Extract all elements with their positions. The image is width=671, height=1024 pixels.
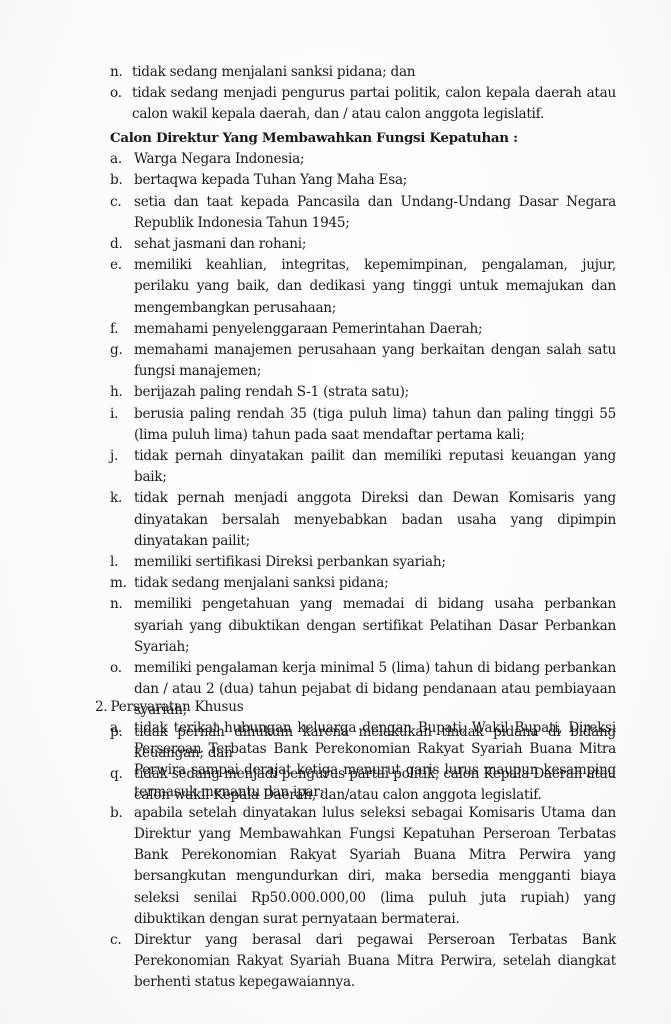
section-heading: Calon Direktur Yang Membawahkan Fungsi K… (110, 128, 616, 149)
list-item: e.memiliki keahlian, integritas, kepemim… (110, 255, 616, 319)
list-text: tidak pernah menjadi anggota Direksi dan… (134, 488, 616, 552)
list-marker: i. (110, 404, 134, 446)
list-marker: j. (110, 446, 134, 488)
list-item: n.memiliki pengetahuan yang memadai di b… (110, 594, 616, 658)
section-number: 2. (95, 699, 107, 715)
list-text: tidak sedang menjadi pengurus partai pol… (132, 83, 616, 125)
list-item: k.tidak pernah menjadi anggota Direksi d… (110, 488, 616, 552)
list-marker: e. (110, 255, 134, 319)
list-marker: l. (110, 552, 134, 573)
list-text: berijazah paling rendah S-1 (strata satu… (134, 382, 616, 403)
list-item: g.memahami manajemen perusahaan yang ber… (110, 340, 616, 382)
list-item: f.memahami penyelenggaraan Pemerintahan … (110, 319, 616, 340)
list-item: c.setia dan taat kepada Pancasila dan Un… (110, 192, 616, 234)
list-marker: d. (110, 234, 134, 255)
list-text: apabila setelah dinyatakan lulus seleksi… (134, 803, 616, 930)
list-text: tidak sedang menjalani sanksi pidana; da… (132, 62, 616, 83)
list-item: b.bertaqwa kepada Tuhan Yang Maha Esa; (110, 170, 616, 191)
list-text: memahami manajemen perusahaan yang berka… (134, 340, 616, 382)
list-text: Direktur yang berasal dari pegawai Perse… (134, 930, 616, 994)
list-item: n. tidak sedang menjalani sanksi pidana;… (110, 62, 616, 83)
special-requirements-title: 2.Persyaratan Khusus (95, 697, 243, 718)
section-title-text: Persyaratan Khusus (110, 699, 243, 715)
list-text: memiliki sertifikasi Direksi perbankan s… (134, 552, 616, 573)
list-item: b.apabila setelah dinyatakan lulus selek… (110, 803, 616, 930)
list-text: tidak sedang menjalani sanksi pidana; (134, 573, 616, 594)
list-text: berusia paling rendah 35 (tiga puluh lim… (134, 404, 616, 446)
list-text: memiliki pengetahuan yang memadai di bid… (134, 594, 616, 658)
list-marker: c. (110, 192, 134, 234)
list-item: c.Direktur yang berasal dari pegawai Per… (110, 930, 616, 994)
list-text: tidak terikat hubungan keluarga dengan B… (134, 718, 616, 803)
list-text: bertaqwa kepada Tuhan Yang Maha Esa; (134, 170, 616, 191)
list-item: j.tidak pernah dinyatakan pailit dan mem… (110, 446, 616, 488)
list-text: Warga Negara Indonesia; (134, 149, 616, 170)
special-requirements-section: a.tidak terikat hubungan keluarga dengan… (110, 718, 616, 994)
list-marker: k. (110, 488, 134, 552)
list-marker: m. (110, 573, 134, 594)
special-requirements-list: a.tidak terikat hubungan keluarga dengan… (110, 718, 616, 994)
list-marker: n. (110, 62, 132, 83)
list-marker: a. (110, 718, 134, 803)
list-text: memahami penyelenggaraan Pemerintahan Da… (134, 319, 616, 340)
list-text: memiliki keahlian, integritas, kepemimpi… (134, 255, 616, 319)
list-text: sehat jasmani dan rohani; (134, 234, 616, 255)
list-item: a.tidak terikat hubungan keluarga dengan… (110, 718, 616, 803)
list-marker: b. (110, 170, 134, 191)
list-marker: c. (110, 930, 134, 994)
continued-list: n. tidak sedang menjalani sanksi pidana;… (110, 62, 616, 126)
list-marker: a. (110, 149, 134, 170)
list-text: setia dan taat kepada Pancasila dan Unda… (134, 192, 616, 234)
list-item: i.berusia paling rendah 35 (tiga puluh l… (110, 404, 616, 446)
list-marker: n. (110, 594, 134, 658)
list-item: d.sehat jasmani dan rohani; (110, 234, 616, 255)
list-item: o. tidak sedang menjadi pengurus partai … (110, 83, 616, 125)
list-marker: b. (110, 803, 134, 930)
list-item: a.Warga Negara Indonesia; (110, 149, 616, 170)
list-item: m.tidak sedang menjalani sanksi pidana; (110, 573, 616, 594)
list-text: tidak pernah dinyatakan pailit dan memil… (134, 446, 616, 488)
list-marker: f. (110, 319, 134, 340)
document-page: n. tidak sedang menjalani sanksi pidana;… (0, 0, 671, 1024)
list-marker: h. (110, 382, 134, 403)
list-marker: o. (110, 83, 132, 125)
list-item: h.berijazah paling rendah S-1 (strata sa… (110, 382, 616, 403)
list-marker: g. (110, 340, 134, 382)
list-item: l.memiliki sertifikasi Direksi perbankan… (110, 552, 616, 573)
